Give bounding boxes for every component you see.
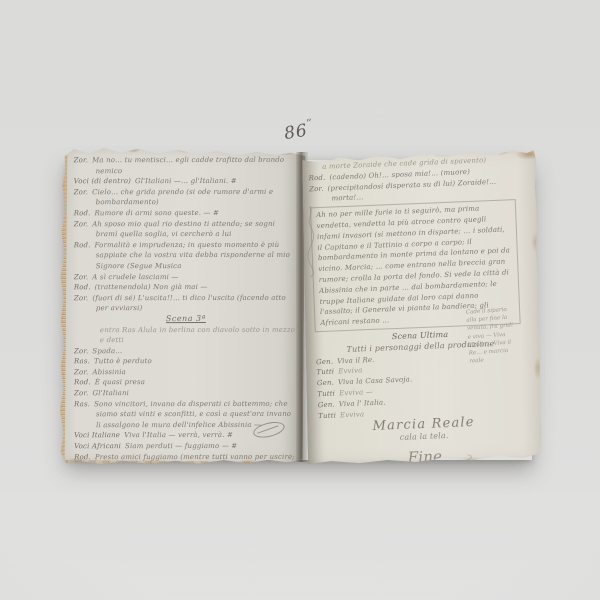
manuscript-line: Rod.Rumore di armi sono queste. — # xyxy=(74,208,298,219)
manuscript-line: Scena 3ª xyxy=(74,314,298,325)
line-text: Gl'Italiani xyxy=(92,389,129,397)
speaker-label: Rod. xyxy=(74,453,91,461)
manuscript-line: Zor.Abissinia xyxy=(74,367,298,378)
manuscript-line: Zor.Ah sposo mio qual rio destino ti att… xyxy=(74,218,298,240)
line-text: Spada… xyxy=(92,347,122,355)
line-text: Ma no… tu mentisci… egli cadde trafitto … xyxy=(92,156,284,175)
line-text: Scena Ultima xyxy=(392,330,449,341)
open-notebook: Zor.Ma no… tu mentisci… egli cadde trafi… xyxy=(0,0,600,600)
line-text: Ah sposo mio qual rio destino ti attendo… xyxy=(92,219,275,238)
speaker-label: Gen. xyxy=(317,379,334,388)
manuscript-line: Voci (di dentro)Gl'Italiani —… gl'Italia… xyxy=(74,176,298,187)
speaker-label: Zor. xyxy=(74,220,88,228)
page-number: 86’’ xyxy=(282,118,313,144)
speaker-label: Zor. xyxy=(74,389,88,397)
line-text: A sì crudele lasciami — xyxy=(92,273,178,281)
speaker-label: Rod. xyxy=(308,174,325,183)
speaker-label: Zor. xyxy=(74,156,88,164)
line-text: entra Ras Alula in berlina con diavolo s… xyxy=(100,325,295,344)
speaker-label: Gen. xyxy=(316,357,333,366)
manuscript-line: Voci AfricaniSiam perduti — fuggiamo — # xyxy=(74,441,298,452)
speaker-label: Zor. xyxy=(74,294,88,302)
speaker-label: Zor. xyxy=(74,347,88,355)
speaker-label: Ras. xyxy=(74,357,90,365)
manuscript-line: Rod.È quasi presa xyxy=(74,377,298,388)
speaker-label: Rod. xyxy=(74,209,91,217)
manuscript-line: Ras.Tutto è perduto xyxy=(74,356,298,367)
manuscript-line: Zor.A sì crudele lasciami — xyxy=(74,271,298,282)
line-text: Viva il Re. xyxy=(337,355,375,364)
speaker-label: Tutti xyxy=(316,368,334,377)
line-text: Abissinia xyxy=(92,368,125,376)
right-page: a morte Zoraide che cade grida di spaven… xyxy=(302,148,542,467)
manuscript-line: Zor.Ma no… tu mentisci… egli cadde trafi… xyxy=(74,155,298,177)
manuscript-line: Rod.Presto amici fuggiamo (mentre tutti … xyxy=(74,451,298,467)
line-text: Siam perduti — fuggiamo — # xyxy=(125,442,237,450)
line-text: Evviva xyxy=(338,367,363,376)
line-text: Viva l'Italia — verrà, verrà. # xyxy=(124,431,233,439)
speaker-label: Gen. xyxy=(318,400,335,409)
speaker-label: Zor. xyxy=(309,184,324,193)
line-text: (trattenendola) Non già mai — xyxy=(95,283,208,291)
speaker-label: Voci Africani xyxy=(74,442,121,450)
speaker-label: Tutti xyxy=(317,389,335,398)
speaker-label: Zor. xyxy=(74,188,88,196)
left-page: Zor.Ma no… tu mentisci… egli cadde trafi… xyxy=(57,145,306,467)
speaker-label: Tutti xyxy=(318,411,336,420)
line-text: Evviva xyxy=(340,410,365,419)
page-number-value: 86 xyxy=(283,121,309,144)
line-text: cala la tela. xyxy=(400,431,449,442)
manuscript-line: Zor.(fuori di sé) L'uscita!!… ti dico l'… xyxy=(74,293,298,315)
manuscript-line: entra Ras Alula in berlina con diavolo s… xyxy=(74,324,298,346)
line-text: Scena 3ª xyxy=(166,314,206,323)
line-text: Rumore di armi sono queste. — # xyxy=(94,209,219,217)
line-text: (fuori di sé) L'uscita!!… ti dico l'usci… xyxy=(92,294,286,313)
photo-background: Zor.Ma no… tu mentisci… egli cadde trafi… xyxy=(0,0,600,600)
manuscript-line: Zor.Gl'Italiani xyxy=(74,388,298,399)
left-page-handwriting: Zor.Ma no… tu mentisci… egli cadde trafi… xyxy=(74,155,299,467)
line-text: Evviva — xyxy=(339,388,373,397)
manuscript-line: Rod.(trattenendola) Non già mai — xyxy=(74,282,298,293)
line-text: Tutto è perduto xyxy=(94,357,152,365)
speaker-label: Zor. xyxy=(74,273,88,281)
speaker-label: Zor. xyxy=(74,368,88,376)
manuscript-line: Zor.Cielo… che grida prendo (si ode rumo… xyxy=(74,187,298,209)
speaker-label: Voci Italiane xyxy=(74,432,120,440)
speaker-label: Rod. xyxy=(74,241,91,249)
speaker-label: Rod. xyxy=(74,283,91,291)
speaker-label: Voci (di dentro) xyxy=(74,177,131,185)
line-text: Formalità e imprudenza; in questo moment… xyxy=(95,241,290,271)
page-number-tick: ’’ xyxy=(306,118,312,130)
line-text: È quasi presa xyxy=(95,379,145,387)
left-page-stack-edge xyxy=(57,145,68,465)
line-text: Fine xyxy=(400,451,451,464)
line-text: Viva la Casa Savoja. xyxy=(338,376,413,387)
line-text: Gl'Italiani —… gl'Italiani. # xyxy=(135,177,237,185)
line-text: Presto amici fuggiamo (mentre tutti vann… xyxy=(95,452,295,467)
speaker-label: Ras. xyxy=(74,400,90,408)
line-text: Cielo… che grida prendo (si ode rumore d… xyxy=(92,188,273,207)
manuscript-line: Rod.Formalità e imprudenza; in questo mo… xyxy=(74,240,298,272)
gutter-scrawl-icon xyxy=(304,204,317,278)
pencil-margin-note: Cade il sipario alla per fine la venuta,… xyxy=(466,304,530,366)
speaker-label: Rod. xyxy=(74,379,91,387)
manuscript-line: Zor.Spada… xyxy=(74,346,298,357)
line-text: Viva l' Italia. xyxy=(339,398,386,408)
